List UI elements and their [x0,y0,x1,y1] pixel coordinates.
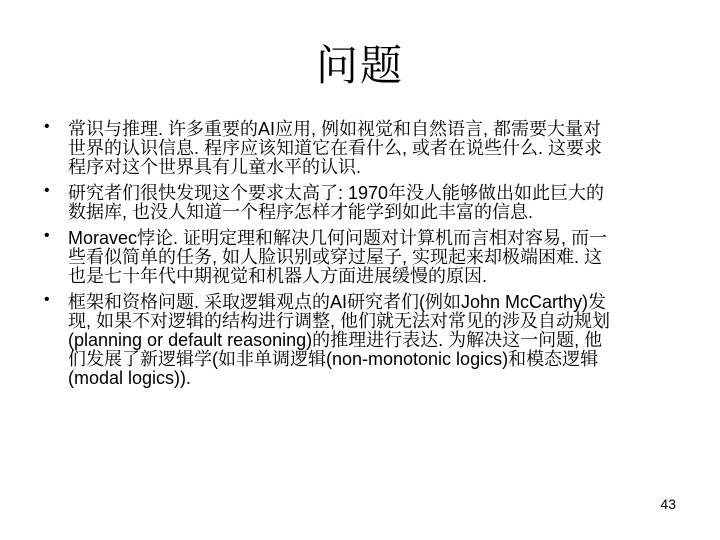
bullet-item-3: • Moravec悖论. 证明定理和解决几何问题对计算机而言相对容易, 而一 些… [42,229,694,286]
bullet-text-1: 常识与推理. 许多重要的AI应用, 例如视觉和自然语言, 都需要大量对 世界的认… [68,120,694,177]
bullet-marker: • [44,181,50,200]
bullet-item-1: • 常识与推理. 许多重要的AI应用, 例如视觉和自然语言, 都需要大量对 世界… [42,120,694,177]
page-number: 43 [660,496,676,512]
bullet-item-2: • 研究者们很快发现这个要求太高了: 1970年没人能够做出如此巨大的 数据库,… [42,184,694,222]
bullet-text-4: 框架和资格问题. 采取逻辑观点的AI研究者们(例如John McCarthy)发… [68,293,694,388]
bullet-text-3: Moravec悖论. 证明定理和解决几何问题对计算机而言相对容易, 而一 些看似… [68,229,694,286]
slide: 问题 • 常识与推理. 许多重要的AI应用, 例如视觉和自然语言, 都需要大量对… [0,0,720,540]
bullet-item-4: • 框架和资格问题. 采取逻辑观点的AI研究者们(例如John McCarthy… [42,293,694,388]
bullet-marker: • [44,117,50,136]
bullet-marker: • [44,226,50,245]
slide-title: 问题 [0,44,720,90]
bullet-marker: • [44,290,50,309]
bullet-list: • 常识与推理. 许多重要的AI应用, 例如视觉和自然语言, 都需要大量对 世界… [42,120,694,395]
bullet-text-2: 研究者们很快发现这个要求太高了: 1970年没人能够做出如此巨大的 数据库, 也… [68,184,694,222]
